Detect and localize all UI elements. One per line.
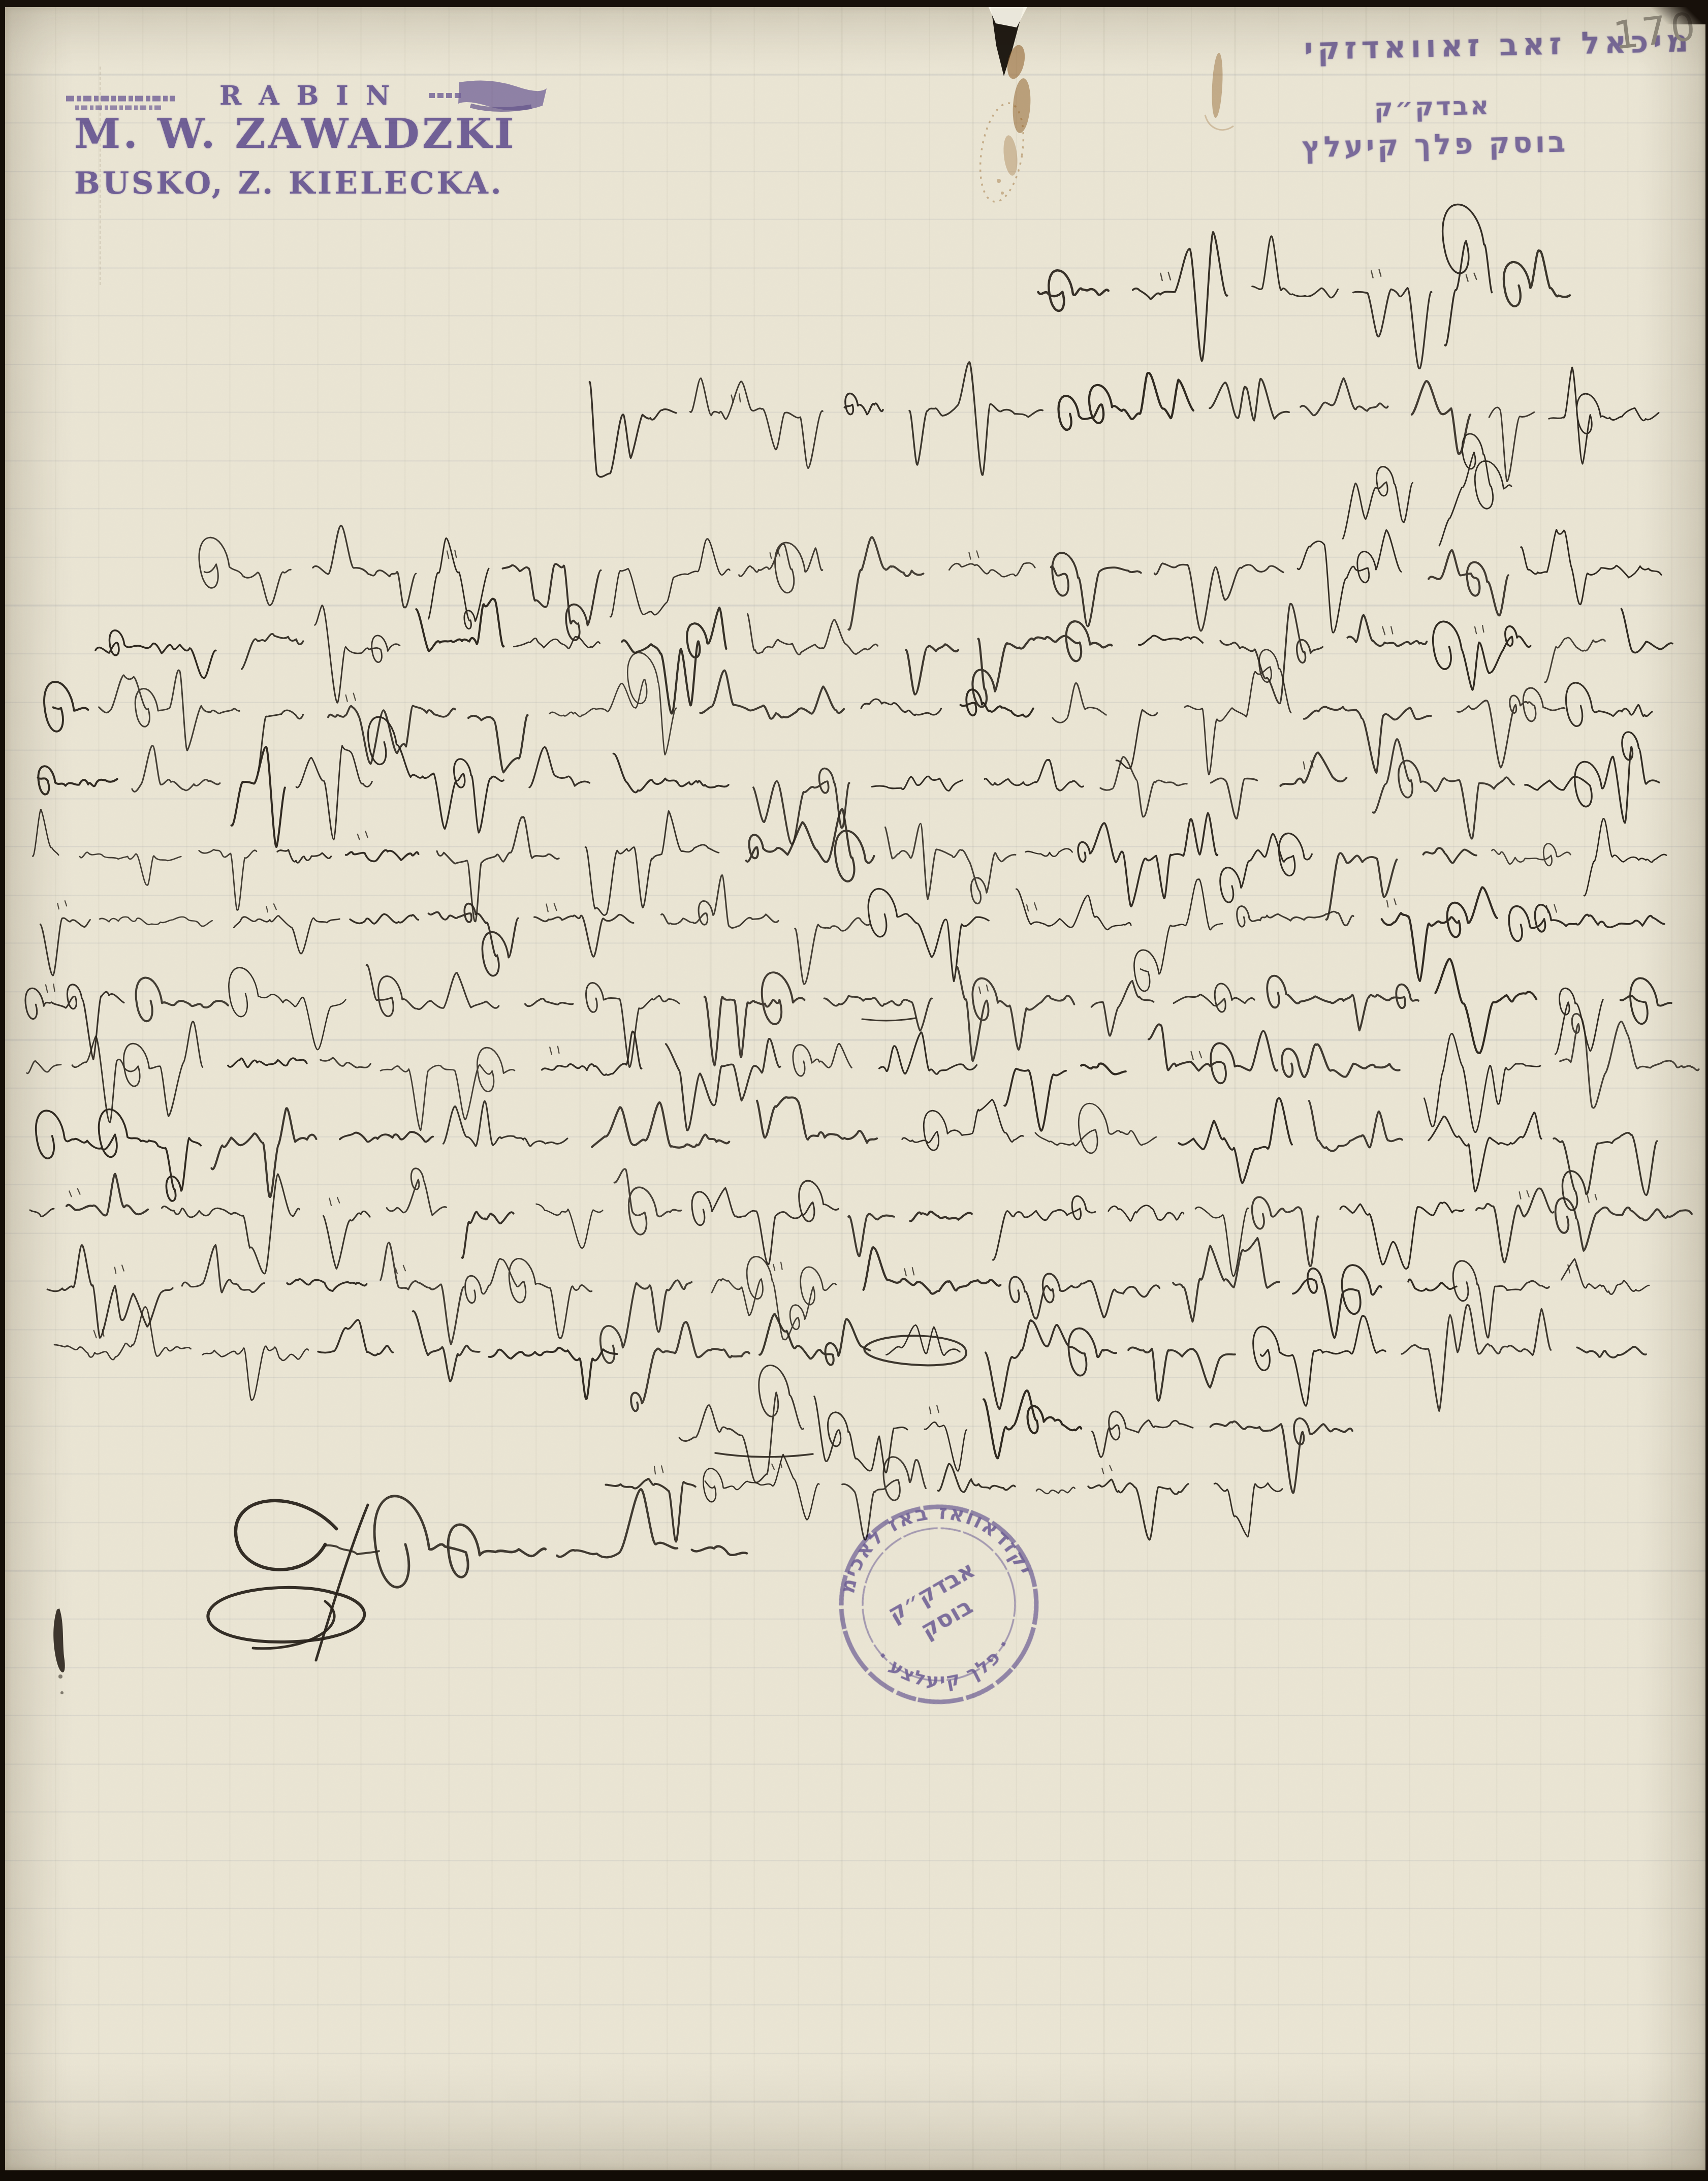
handwriting-stroke: [610, 539, 730, 617]
handwriting-stroke: [340, 1132, 433, 1142]
handwriting-stroke: [437, 817, 559, 922]
handwriting-stroke: [381, 1048, 515, 1130]
handwriting-stroke: [715, 1453, 813, 1457]
handwriting-stroke: [328, 706, 455, 764]
handwriting-stroke: [96, 630, 216, 678]
handwriting-stroke: [1621, 978, 1671, 1024]
handwriting-stroke: [793, 1044, 852, 1076]
handwriting-stroke: [329, 1197, 339, 1206]
handwriting-stroke: [550, 653, 676, 755]
handwriting-stroke: [679, 1365, 803, 1482]
handwriting-stroke: [1476, 1188, 1554, 1262]
scan-edge-left: [0, 0, 5, 2181]
handwriting-stroke: [957, 967, 1074, 1061]
handwriting-stroke: [654, 1466, 663, 1474]
handwriting-stroke: [54, 1307, 191, 1360]
handwriting-stroke: [44, 682, 88, 732]
handwriting-stroke: [514, 637, 599, 648]
handwriting-stroke: [864, 1336, 966, 1365]
handwriting-stroke: [242, 634, 303, 669]
handwriting-stroke: [1504, 250, 1570, 306]
handwriting-stroke: [700, 670, 844, 718]
handwriting-stroke: [872, 776, 962, 791]
handwriting-stroke: [366, 965, 499, 1016]
handwriting-stroke: [1520, 1191, 1529, 1199]
handwriting-stroke: [381, 1243, 464, 1344]
handwriting-stroke: [1549, 367, 1659, 464]
handwriting-stroke: [115, 1265, 124, 1273]
scan-edge-top: [0, 0, 1708, 7]
handwriting-stroke: [1027, 903, 1037, 911]
handwriting-stroke: [47, 1245, 173, 1338]
handwriting-stroke: [868, 889, 989, 981]
handwriting-stroke: [1078, 813, 1217, 906]
handwriting-stroke: [324, 1211, 370, 1269]
handwriting-stroke: [67, 1174, 148, 1216]
scan-edge-corner: [1632, 0, 1708, 24]
handwriting-stroke: [40, 918, 90, 975]
handwriting-stroke: [346, 693, 356, 702]
handwriting-stroke: [586, 983, 679, 1067]
handwriting-stroke: [1429, 1113, 1541, 1192]
handwriting-stroke: [1211, 778, 1257, 818]
handwriting-stroke: [1326, 853, 1397, 920]
handwriting-stroke: [1091, 981, 1153, 1036]
handwriting-stroke: [1237, 906, 1353, 927]
handwriting-stroke: [208, 1588, 364, 1642]
handwriting-stroke: [1139, 636, 1203, 645]
handwriting-stroke: [1155, 563, 1284, 631]
handwriting-stroke: [938, 1464, 1015, 1492]
handwriting-stroke: [182, 1245, 264, 1293]
handwriting-stroke: [757, 1097, 877, 1143]
handwriting-stroke: [1301, 378, 1388, 415]
handwriting-stroke: [525, 999, 573, 1006]
handwriting-stroke: [1509, 905, 1664, 941]
handwriting-stroke: [1475, 625, 1484, 634]
handwriting-stroke: [1382, 626, 1393, 635]
handwriting-stroke: [879, 1032, 977, 1074]
handwriting-stroke: [1036, 1488, 1075, 1494]
handwriting-stroke: [614, 1169, 681, 1235]
handwriting-stroke: [1554, 1133, 1657, 1210]
handwriting-stroke: [57, 901, 67, 909]
handwriting-stroke: [1382, 887, 1497, 981]
handwriting-stroke: [321, 1058, 371, 1068]
handwriting-stroke: [1214, 1483, 1282, 1537]
handwriting-stroke: [1081, 1063, 1126, 1074]
handwriting-stroke: [905, 1268, 914, 1276]
handwriting-stroke: [692, 1546, 747, 1555]
handwriting-stroke: [1566, 683, 1652, 726]
handwriting-stroke: [1577, 1347, 1646, 1357]
handwriting-stroke: [266, 904, 276, 912]
handwriting-stroke: [1412, 381, 1470, 454]
handwriting-stroke: [1253, 1315, 1385, 1406]
handwriting-stroke: [1555, 988, 1603, 1054]
handwriting-stroke: [760, 1314, 870, 1365]
handwriting-stroke: [1408, 1279, 1457, 1291]
handwriting-stroke: [468, 715, 528, 773]
handwriting-stroke: [27, 1061, 61, 1073]
handwriting-stroke: [1191, 1052, 1202, 1060]
handwriting-stroke: [80, 852, 181, 885]
handwriting-stroke: [773, 1262, 782, 1271]
handwriting-stroke: [1280, 752, 1346, 786]
handwriting-stroke: [46, 984, 55, 992]
handwriting-stroke: [232, 747, 285, 847]
handwriting-stroke: [1492, 844, 1571, 866]
handwriting-stroke: [1128, 1347, 1235, 1401]
handwriting-stroke: [1347, 615, 1427, 646]
handwriting-stroke: [374, 1496, 545, 1587]
handwriting-stroke: [961, 689, 1033, 717]
handwriting-stroke: [1149, 1024, 1278, 1083]
handwriting-stroke: [53, 1608, 65, 1672]
handwriting-stroke: [1489, 407, 1534, 482]
handwriting-stroke: [1443, 205, 1492, 346]
handwriting-stroke: [1220, 604, 1322, 703]
handwriting-stroke: [546, 904, 556, 912]
handwriting-stroke: [705, 972, 805, 1065]
handwriting-stroke: [1053, 683, 1106, 722]
handwriting-stroke: [690, 378, 823, 468]
handwriting-stroke: [909, 362, 1042, 475]
handwriting-stroke: [1439, 434, 1511, 546]
handwriting-stroke: [203, 1346, 308, 1401]
handwriting-stroke: [979, 985, 988, 993]
handwriting-stroke: [99, 670, 240, 750]
handwriting-stroke: [1252, 236, 1338, 298]
handwriting-stroke: [1588, 1194, 1597, 1203]
handwriting-stroke: [1133, 232, 1227, 361]
handwriting-stroke: [1179, 1098, 1292, 1183]
handwriting-stroke: [1100, 757, 1187, 817]
handwriting-stroke: [387, 1168, 446, 1215]
handwriting-stroke: [368, 717, 504, 833]
handwriting-stroke: [1353, 288, 1432, 369]
handwriting-stroke: [346, 850, 419, 861]
handwriting-stroke: [1173, 1238, 1279, 1322]
handwriting-stroke: [1009, 1274, 1159, 1319]
handwriting-stroke: [1004, 1069, 1066, 1131]
handwriting-stroke: [1185, 650, 1291, 775]
handwriting-stroke: [739, 543, 823, 593]
handwriting-stroke: [1267, 976, 1418, 1031]
handwriting-stroke: [906, 644, 958, 694]
handwriting-stroke: [236, 1501, 336, 1570]
handwriting-stroke: [861, 699, 941, 715]
handwriting-layer: [0, 0, 1708, 2181]
handwriting-stroke: [592, 1102, 729, 1148]
handwriting-stroke: [795, 918, 870, 984]
handwriting-stroke: [814, 1397, 907, 1473]
handwriting-stroke: [1088, 1479, 1188, 1540]
handwriting-stroke: [462, 1212, 514, 1258]
ink-drip: [60, 1691, 64, 1694]
handwriting-stroke: [622, 608, 726, 713]
handwriting-stroke: [1466, 273, 1476, 281]
handwriting-stroke: [30, 1209, 54, 1216]
handwriting-stroke: [1195, 1207, 1248, 1276]
handwriting-stroke: [1429, 550, 1508, 615]
handwriting-stroke: [1026, 848, 1072, 856]
handwriting-stroke: [277, 850, 331, 863]
scanned-letter: RABIN M. W. ZAWADZKI BUSKO, Z. KIELECKA.…: [0, 0, 1708, 2181]
handwriting-stroke: [589, 382, 676, 477]
handwriting-stroke: [1298, 530, 1401, 633]
handwriting-stroke: [910, 1212, 972, 1221]
handwriting-stroke: [613, 753, 729, 792]
handwriting-stroke: [536, 1204, 603, 1248]
handwriting-stroke: [824, 996, 932, 1031]
handwriting-stroke: [350, 914, 418, 924]
handwriting-stroke: [666, 1039, 780, 1130]
handwriting-stroke: [316, 1505, 368, 1660]
handwriting-stroke: [1059, 373, 1193, 430]
handwriting-stroke: [949, 563, 1035, 577]
handwriting-stroke: [315, 605, 400, 703]
handwriting-stroke: [1423, 848, 1476, 863]
handwriting-stroke: [985, 760, 1083, 791]
handwriting-stroke: [600, 1280, 692, 1363]
handwriting-stroke: [1309, 1101, 1403, 1151]
handwriting-stroke: [1109, 1206, 1184, 1221]
handwriting-stroke: [885, 824, 1016, 904]
handwriting-stroke: [234, 916, 339, 954]
handwriting-stroke: [465, 1258, 592, 1338]
handwriting-stroke: [502, 564, 600, 640]
handwriting-stroke: [1402, 1305, 1551, 1411]
handwriting-stroke: [1220, 833, 1312, 902]
handwriting-stroke: [984, 1390, 1081, 1458]
handwriting-stroke: [1457, 688, 1565, 768]
handwriting-stroke: [692, 1181, 838, 1264]
handwriting-stroke: [69, 1188, 80, 1196]
handwriting-stroke: [1433, 621, 1531, 690]
handwriting-stroke: [33, 809, 58, 856]
handwriting-stroke: [1035, 1103, 1156, 1153]
handwriting-stroke: [72, 1022, 203, 1123]
handwriting-stroke: [358, 831, 368, 839]
handwriting-stroke: [287, 1279, 367, 1291]
handwriting-stroke: [631, 1322, 749, 1411]
handwriting-stroke: [1525, 732, 1659, 823]
handwriting-stroke: [1373, 739, 1514, 839]
handwriting-stroke: [199, 538, 291, 606]
handwriting-stroke: [429, 538, 489, 629]
handwriting-stroke: [1343, 466, 1413, 539]
handwriting-stroke: [1102, 1466, 1112, 1474]
handwriting-stroke: [902, 1099, 1023, 1150]
handwriting-stroke: [1210, 378, 1289, 420]
handwriting-stroke: [585, 811, 719, 915]
handwriting-stroke: [38, 766, 117, 794]
handwriting-stroke: [844, 394, 883, 415]
handwriting-stroke: [550, 1047, 559, 1055]
handwriting-stroke: [1051, 553, 1141, 626]
handwriting-stroke: [1387, 899, 1396, 907]
handwriting-stroke: [1092, 1411, 1193, 1457]
handwriting-stroke: [1453, 1261, 1549, 1338]
handwriting-stroke: [136, 978, 228, 1021]
handwriting-stroke: [1116, 710, 1157, 768]
scan-edge-bottom: [0, 2170, 1708, 2181]
handwriting-stroke: [1521, 530, 1661, 605]
handwriting-stroke: [229, 968, 345, 1050]
handwriting-stroke: [1174, 984, 1254, 1012]
handwriting-stroke: [661, 875, 779, 928]
handwriting-stroke: [703, 1455, 819, 1520]
handwriting-stroke: [296, 746, 372, 840]
handwriting-stroke: [258, 710, 303, 772]
handwriting-stroke: [925, 1422, 967, 1471]
handwriting-stroke: [1371, 270, 1381, 278]
handwriting-stroke: [969, 551, 978, 559]
handwriting-stroke: [529, 747, 590, 787]
handwriting-stroke: [864, 1247, 1001, 1293]
handwriting-stroke: [1435, 959, 1536, 1053]
handwriting-stroke: [993, 1196, 1095, 1260]
handwriting-stroke: [1016, 889, 1131, 930]
handwriting-stroke: [132, 746, 220, 792]
handwriting-stroke: [318, 1320, 393, 1355]
handwriting-stroke: [416, 598, 503, 651]
handwriting-stroke: [1621, 609, 1672, 652]
handwriting-stroke: [930, 1406, 939, 1414]
handwriting-stroke: [489, 1348, 617, 1399]
handwriting-stroke: [1560, 1014, 1699, 1108]
handwriting-stroke: [313, 525, 416, 608]
handwriting-stroke: [211, 1108, 316, 1197]
scan-edge-right: [1705, 0, 1708, 2181]
handwriting-stroke: [1160, 272, 1171, 280]
handwriting-stroke: [557, 1489, 677, 1557]
handwriting-stroke: [1211, 1418, 1353, 1493]
handwriting-stroke: [986, 1320, 1116, 1409]
handwriting-stroke: [1134, 879, 1222, 991]
handwriting-stroke: [100, 917, 212, 926]
handwriting-stroke: [1584, 818, 1666, 896]
handwriting-stroke: [748, 614, 878, 655]
handwriting-stroke: [25, 985, 124, 1060]
handwriting-stroke: [1038, 270, 1109, 311]
handwriting-stroke: [228, 1058, 307, 1067]
handwriting-stroke: [534, 914, 634, 957]
ink-drip: [58, 1674, 62, 1679]
round-seal-stamp: מיכאל זאב זאוואדזקי ∙ עצלעיק ךלפ ∙ אבדק״…: [824, 1490, 1054, 1720]
handwriting-stroke: [199, 849, 257, 910]
handwriting-stroke: [848, 537, 923, 629]
handwriting-stroke: [1282, 1045, 1399, 1077]
handwriting-stroke: [1562, 1259, 1650, 1294]
handwriting-stroke: [862, 1018, 915, 1021]
handwriting-stroke: [1340, 1203, 1464, 1269]
handwriting-stroke: [972, 621, 1112, 707]
handwriting-stroke: [1545, 638, 1605, 682]
handwriting-stroke: [396, 1266, 406, 1274]
